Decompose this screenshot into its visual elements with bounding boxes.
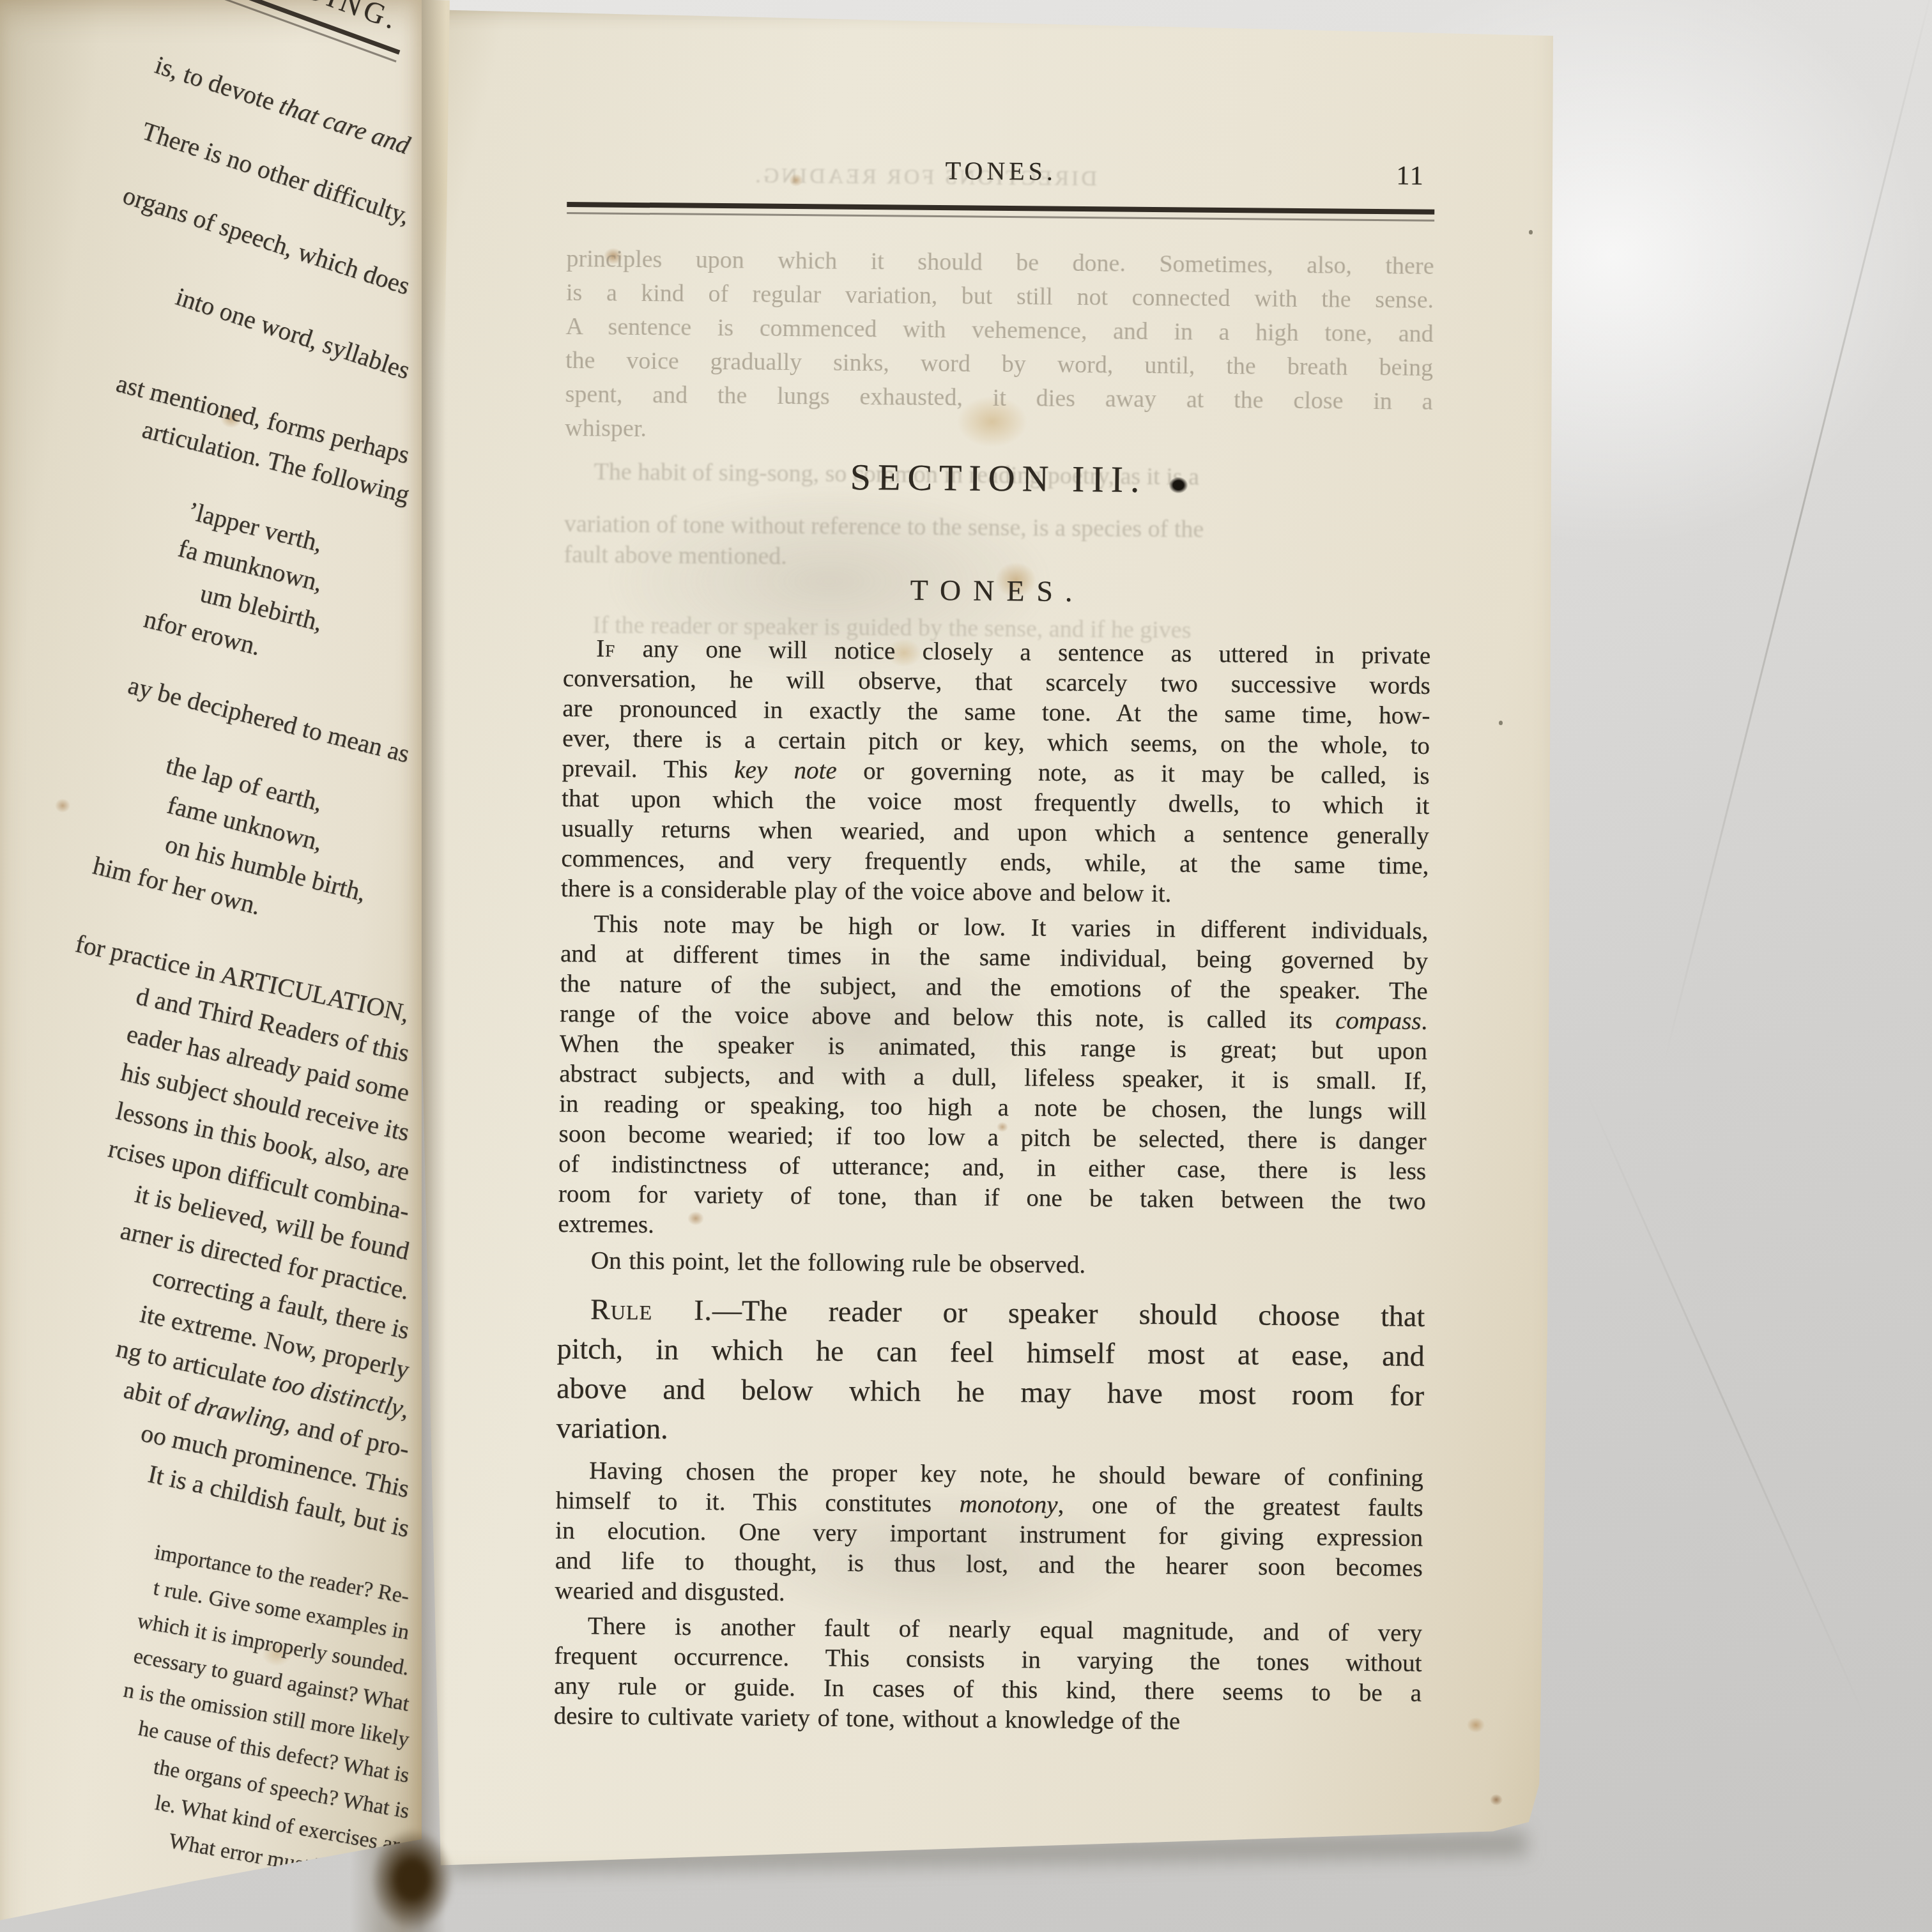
left-page: DING. is, to devote that care andThere i…	[0, 0, 422, 1932]
faint-paragraph: principles upon which it should be done.…	[565, 242, 1434, 453]
rule-paragraph: Rule I.—The reader or speaker should cho…	[556, 1289, 1425, 1455]
ghost-mirrored-header: DIRECTIONS FOR READING.	[682, 164, 1168, 192]
text-line: above and below which he may have most r…	[556, 1368, 1424, 1416]
photo-of-open-book: DIRECTIONS FOR READING. TONES. 11 princi…	[0, 0, 1932, 1932]
text-line: variation.	[556, 1408, 1423, 1455]
text-line: On this point, let the following rule be…	[558, 1245, 1425, 1283]
right-page-text: DIRECTIONS FOR READING. TONES. 11 princi…	[553, 152, 1435, 1738]
text-line: pitch, in which he can feel himself most…	[556, 1329, 1424, 1376]
page-number: 11	[1396, 160, 1425, 191]
right-page: DIRECTIONS FOR READING. TONES. 11 princi…	[414, 0, 1572, 1886]
fox-stain	[1467, 1717, 1485, 1733]
ink-blot	[1169, 477, 1188, 493]
paragraph: On this point, let the following rule be…	[558, 1245, 1425, 1283]
paragraph: If any one will notice closely a sentenc…	[561, 633, 1431, 911]
page-header: DIRECTIONS FOR READING. TONES. 11	[567, 152, 1435, 201]
paragraph: Having chosen the proper key note, he sh…	[555, 1455, 1423, 1613]
left-page-text: is, to devote that care andThere is no o…	[0, 126, 409, 1901]
paragraph: This note may be high or low. It varies …	[558, 908, 1428, 1246]
paragraph: There is another fault of nearly equal m…	[553, 1611, 1422, 1738]
binding-tail	[371, 1828, 454, 1931]
ghost-text-line: variation of tone without reference to t…	[564, 510, 1432, 546]
header-rule	[567, 202, 1434, 222]
background-crease	[1582, 1084, 1869, 1727]
dust-speck	[1499, 721, 1503, 725]
chapter-heading: TONES.	[563, 569, 1431, 613]
section-heading: SECTION III.	[564, 454, 1432, 503]
text-line: Rule I.—The reader or speaker should cho…	[557, 1289, 1425, 1337]
dust-speck	[1529, 230, 1533, 234]
fox-stain	[1490, 1794, 1503, 1805]
